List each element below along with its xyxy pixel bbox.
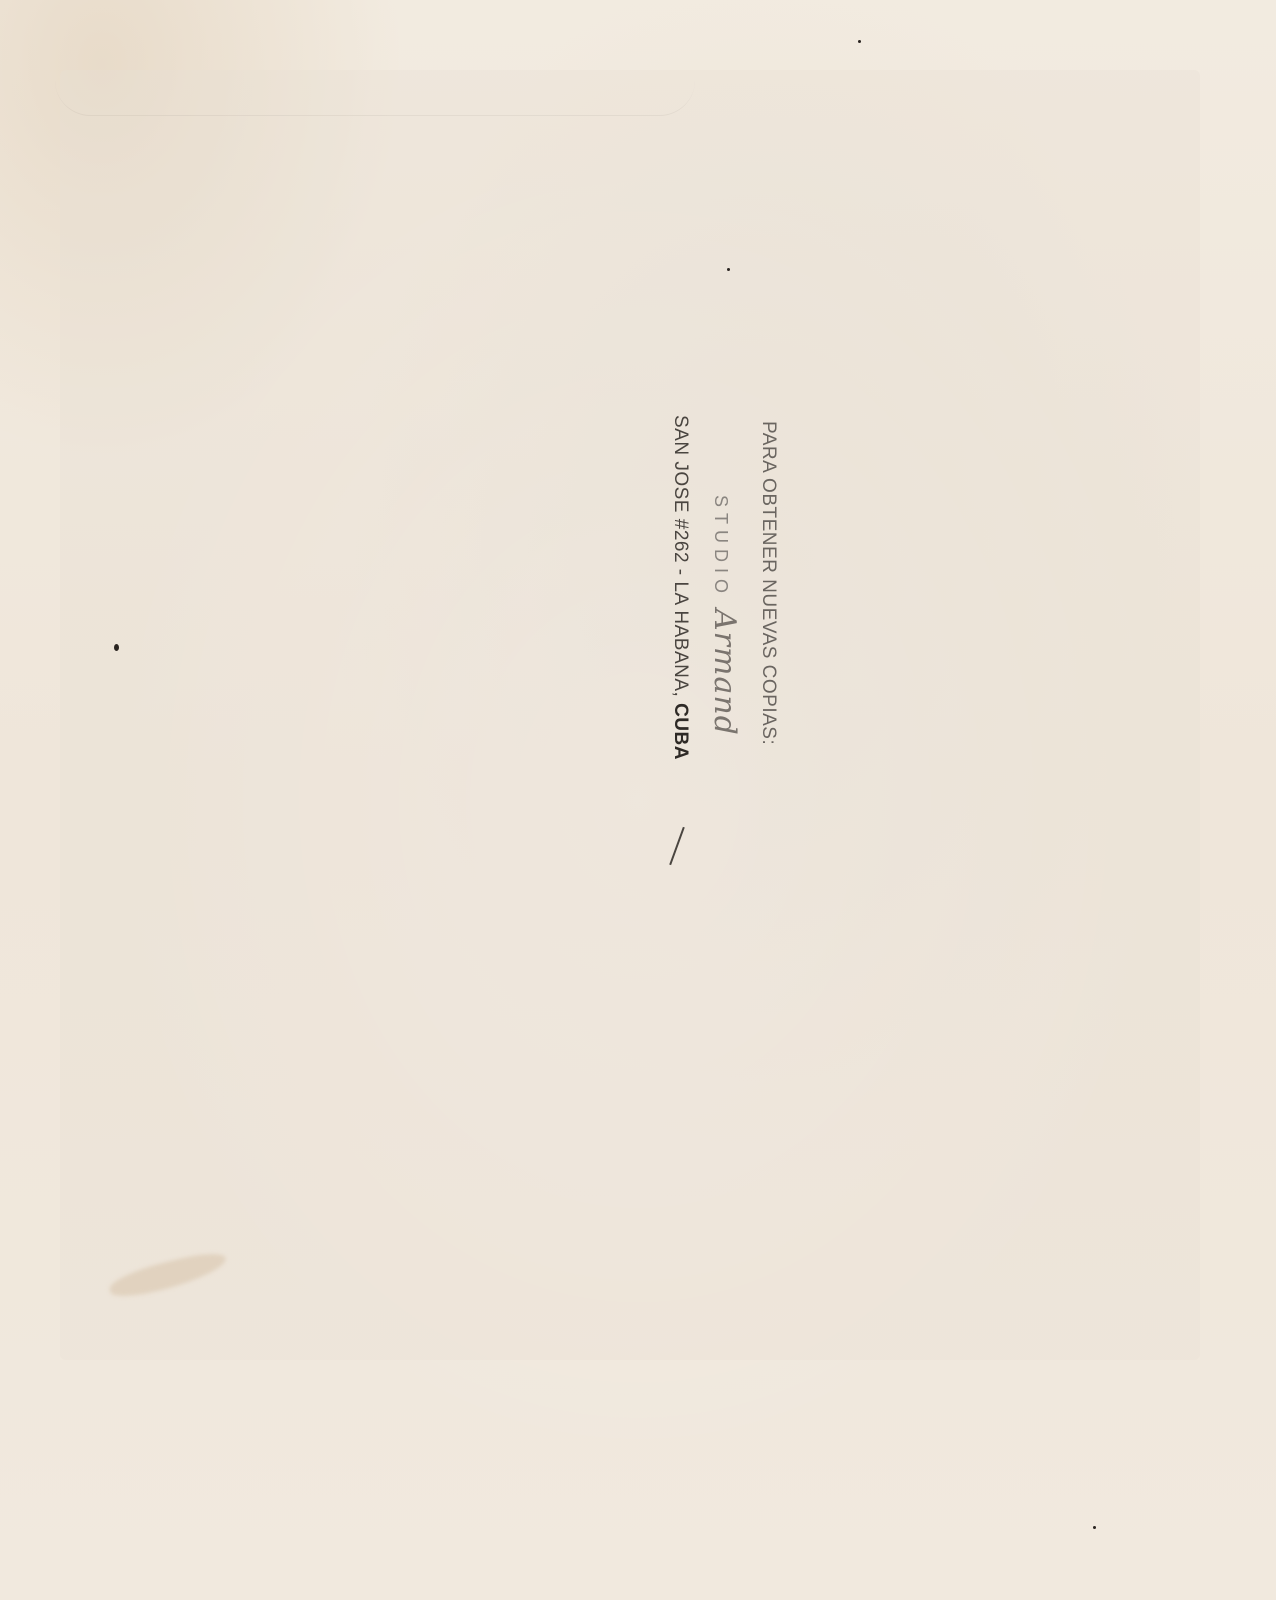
studio-stamp: PARA OBTENER NUEVAS COPIAS: STUDIOArmand… <box>640 415 790 875</box>
ink-speck <box>858 40 861 43</box>
stamp-signature: Armand <box>707 609 742 736</box>
stamp-studio-label: STUDIO <box>711 495 731 599</box>
stamp-studio-line: STUDIOArmand <box>702 415 746 875</box>
ink-speck <box>1093 1526 1096 1529</box>
faint-pencil-writing <box>55 45 695 116</box>
print-area <box>60 70 1200 1360</box>
photo-back-paper: PARA OBTENER NUEVAS COPIAS: STUDIOArmand… <box>0 0 1276 1600</box>
stamp-address: SAN JOSE #262 - LA HABANA, <box>670 415 691 697</box>
stamp-heading: PARA OBTENER NUEVAS COPIAS: <box>746 415 790 875</box>
ink-speck <box>727 268 730 271</box>
stamp-country: CUBA <box>670 703 691 760</box>
stamp-address-line: SAN JOSE #262 - LA HABANA, CUBA <box>658 415 702 875</box>
ink-speck <box>114 644 119 651</box>
